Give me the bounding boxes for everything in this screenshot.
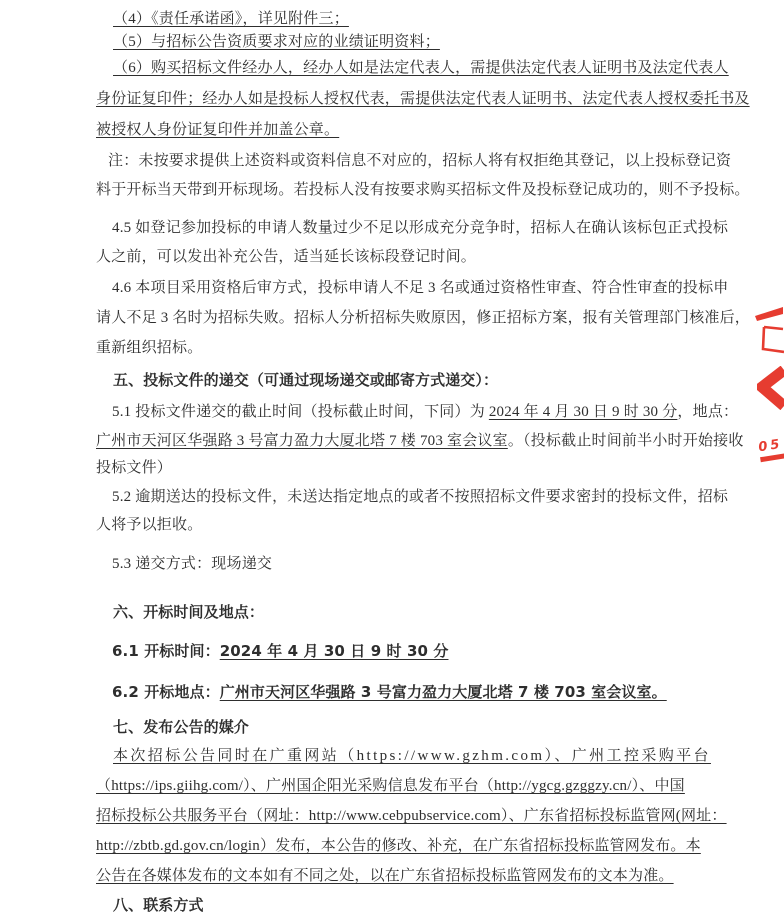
heading-section-6-text-0: 六、开标时间及地点：: [113, 603, 264, 621]
clause-5-2-line-1-text-0: 5.2 逾期送达的投标文件，未送达指定地点的或者不按照招标文件要求密封的投标文件…: [112, 489, 728, 505]
media-line-5-text-0: 公告在各媒体发布的文本如有不同之处，以在广东省招标投标监管网发布的文本为准。: [96, 868, 674, 884]
clause-item-6-line-1: （6）购买招标文件经办人，经办人如是法定代表人，需提供法定代表人证明书及法定代表…: [96, 57, 729, 79]
red-stamp-number-text: 05: [757, 437, 783, 456]
media-line-4: http://zbtb.gd.gov.cn/login）发布，本公告的修改、补充…: [96, 835, 712, 857]
clause-4-6-line-3: 重新组织招标。: [96, 337, 712, 359]
clause-item-5-text-0: （5）与招标公告资质要求对应的业绩证明资料；: [113, 34, 440, 50]
clause-4-5-line-2-text-0: 人之前，可以发出补充公告，适当延长该标段登记时间。: [96, 249, 476, 265]
clause-4-6-line-3-text-0: 重新组织招标。: [96, 340, 202, 356]
clause-6-1-text-0: 6.1 开标时间：: [112, 642, 220, 660]
clause-5-1-line-3-text-0: 投标文件）: [96, 460, 172, 476]
clause-4-6-line-1: 4.6 本项目采用资格后审方式，投标申请人不足 3 名或通过资格性审查、符合性审…: [96, 277, 728, 299]
clause-5-3-text-0: 5.3 递交方式：现场递交: [112, 556, 272, 572]
document-page: （4）《责任承诺函》，详见附件三；（5）与招标公告资质要求对应的业绩证明资料；（…: [0, 0, 784, 913]
clause-5-1-line-1-text-2: ，地点：: [677, 404, 738, 420]
media-line-1-text-0: 本次招标公告同时在广重网站（https://www.gzhm.com）、广州工控…: [113, 748, 711, 764]
red-stamp-number: 05: [758, 437, 784, 462]
media-line-2-text-0: （https://ips.giihg.com/）、广州国企阳光采购信息发布平台（…: [96, 778, 685, 794]
clause-item-6-line-2: 身份证复印件；经办人如是投标人授权代表，需提供法定代表人证明书、法定代表人授权委…: [96, 88, 712, 110]
clause-6-1-text-1: 2024 年 4 月 30 日 9 时 30 分: [220, 642, 449, 660]
media-line-4-text-0: http://zbtb.gd.gov.cn/login）发布，本公告的修改、补充…: [96, 838, 701, 854]
clause-item-4: （4）《责任承诺函》，详见附件三；: [96, 8, 729, 30]
heading-section-8: 八、联系方式: [96, 894, 729, 913]
clause-4-5-line-1: 4.5 如登记参加投标的申请人数量过少不足以形成充分竞争时，招标人在确认该标包正…: [96, 217, 728, 239]
media-line-2: （https://ips.giihg.com/）、广州国企阳光采购信息发布平台（…: [96, 775, 712, 797]
heading-section-5: 五、投标文件的递交（可通过现场递交或邮寄方式递交）：: [96, 369, 729, 391]
heading-section-7: 七、发布公告的媒介: [96, 716, 729, 738]
clause-5-2-line-2: 人将予以拒收。: [96, 514, 712, 536]
clause-item-6-line-3: 被授权人身份证复印件并加盖公章。: [96, 119, 712, 141]
clause-5-1-line-1-text-1: 2024 年 4 月 30 日 9 时 30 分: [489, 404, 678, 420]
heading-section-7-text-0: 七、发布公告的媒介: [113, 718, 249, 736]
clause-6-2-text-1: 广州市天河区华强路 3 号富力盈力大厦北塔 7 楼 703 室会议室。: [220, 683, 667, 701]
clause-6-1: 6.1 开标时间：2024 年 4 月 30 日 9 时 30 分: [96, 640, 728, 662]
clause-5-2-line-1: 5.2 逾期送达的投标文件，未送达指定地点的或者不按照招标文件要求密封的投标文件…: [96, 486, 728, 508]
heading-section-8-text-0: 八、联系方式: [113, 896, 204, 913]
clause-item-6-line-1-text-0: （6）购买招标文件经办人，经办人如是法定代表人，需提供法定代表人证明书及法定代表…: [113, 60, 729, 76]
red-stamp-stroke-icon: [754, 304, 784, 354]
clause-5-1-line-2-text-1: 。（投标截止时间前半小时开始接收: [508, 433, 744, 449]
media-line-3-text-0: 招标投标公共服务平台（网址：http://www.cebpubservice.c…: [96, 808, 727, 824]
clause-5-1-line-1: 5.1 投标文件递交的截止时间（投标截止时间，下同）为 2024 年 4 月 3…: [96, 401, 728, 423]
media-line-3: 招标投标公共服务平台（网址：http://www.cebpubservice.c…: [96, 805, 712, 827]
heading-section-6: 六、开标时间及地点：: [96, 601, 729, 623]
clause-4-6-line-2: 请人不足 3 名时为招标失败。招标人分析招标失败原因，修正招标方案，报有关管理部…: [96, 307, 712, 329]
clause-item-4-text-0: （4）《责任承诺函》，详见附件三；: [113, 11, 349, 27]
clause-4-6-line-2-text-0: 请人不足 3 名时为招标失败。招标人分析招标失败原因，修正招标方案，报有关管理部…: [96, 310, 750, 326]
media-line-5: 公告在各媒体发布的文本如有不同之处，以在广东省招标投标监管网发布的文本为准。: [96, 865, 712, 887]
note-line-2: 料于开标当天带到开标现场。若投标人没有按要求购买招标文件及投标登记成功的，则不予…: [96, 179, 712, 201]
clause-5-1-line-3: 投标文件）: [96, 457, 712, 479]
note-line-1-text-0: 注：未按要求提供上述资料或资料信息不对应的，招标人将有权拒绝其登记，以上投标登记…: [108, 153, 731, 169]
clause-item-6-line-3-text-0: 被授权人身份证复印件并加盖公章。: [96, 122, 339, 138]
note-line-1: 注：未按要求提供上述资料或资料信息不对应的，招标人将有权拒绝其登记，以上投标登记…: [96, 150, 724, 172]
clause-5-1-line-1-text-0: 5.1 投标文件递交的截止时间（投标截止时间，下同）为: [112, 404, 489, 420]
clause-4-5-line-1-text-0: 4.5 如登记参加投标的申请人数量过少不足以形成充分竞争时，招标人在确认该标包正…: [112, 220, 728, 236]
clause-6-2-text-0: 6.2 开标地点：: [112, 683, 220, 701]
heading-section-5-text-0: 五、投标文件的递交（可通过现场递交或邮寄方式递交）：: [113, 371, 498, 389]
clause-5-1-line-2-text-0: 广州市天河区华强路 3 号富力盈力大厦北塔 7 楼 703 室会议室: [96, 433, 508, 449]
red-stamp-arrow-icon: [757, 366, 784, 410]
clause-4-5-line-2: 人之前，可以发出补充公告，适当延长该标段登记时间。: [96, 246, 712, 268]
clause-5-3: 5.3 递交方式：现场递交: [96, 553, 728, 575]
clause-5-2-line-2-text-0: 人将予以拒收。: [96, 517, 202, 533]
clause-5-1-line-2: 广州市天河区华强路 3 号富力盈力大厦北塔 7 楼 703 室会议室。（投标截止…: [96, 430, 712, 452]
note-line-2-text-0: 料于开标当天带到开标现场。若投标人没有按要求购买招标文件及投标登记成功的，则不予…: [96, 182, 750, 198]
clause-item-6-line-2-text-0: 身份证复印件；经办人如是投标人授权代表，需提供法定代表人证明书、法定代表人授权委…: [96, 91, 750, 107]
clause-4-6-line-1-text-0: 4.6 本项目采用资格后审方式，投标申请人不足 3 名或通过资格性审查、符合性审…: [112, 280, 729, 296]
clause-6-2: 6.2 开标地点：广州市天河区华强路 3 号富力盈力大厦北塔 7 楼 703 室…: [96, 681, 728, 703]
clause-item-5: （5）与招标公告资质要求对应的业绩证明资料；: [96, 31, 729, 53]
media-line-1: 本次招标公告同时在广重网站（https://www.gzhm.com）、广州工控…: [96, 745, 729, 767]
